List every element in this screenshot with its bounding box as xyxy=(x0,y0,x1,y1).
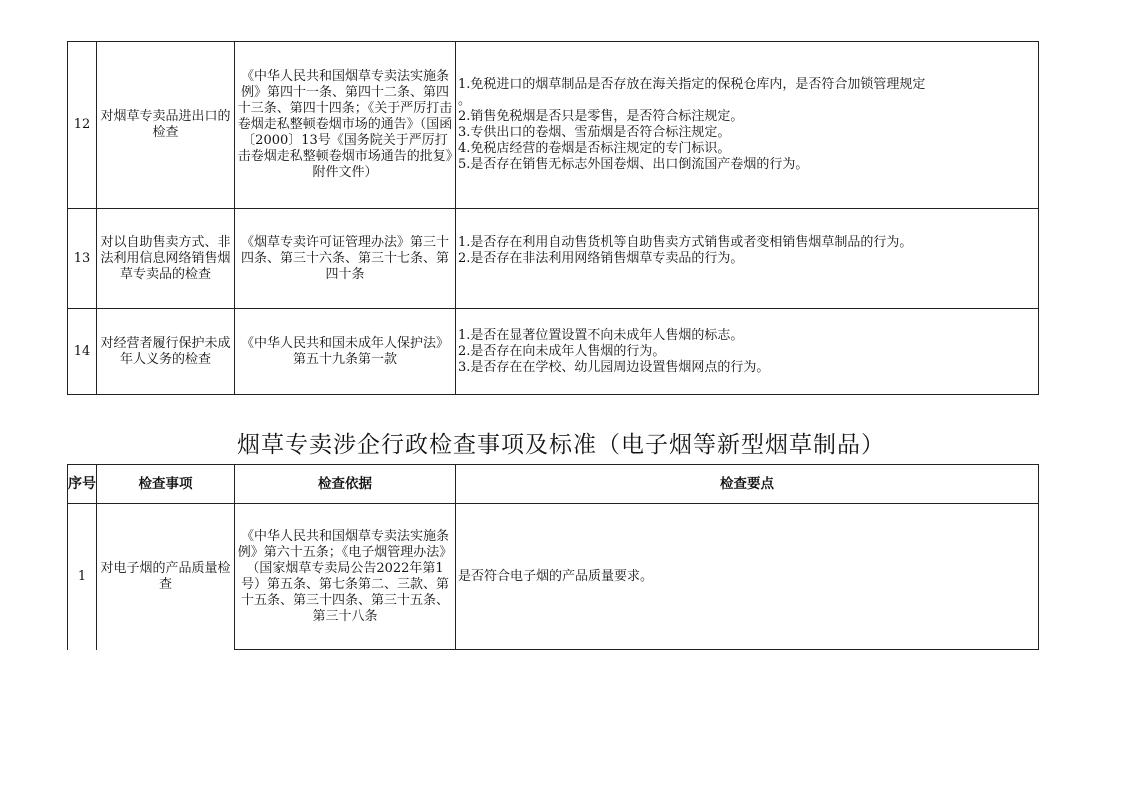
inspection-basis: 《中华人民共和国烟草专卖法实施条例》第四十一条、第四十二条、第四十三条、第四十四… xyxy=(235,42,456,209)
point-item: 3.是否存在在学校、幼儿园周边设置售烟网点的行为。 xyxy=(458,360,1036,376)
point-item: 1.是否在显著位置设置不向未成年人售烟的标志。 xyxy=(458,328,1036,344)
point-item: 3.专供出口的卷烟、雪茄烟是否符合标注规定。 xyxy=(458,125,1036,141)
inspection-table-ecig: 序号 检查事项 检查依据 检查要点 1 对电子烟的产品质量检查 《中华人民共和国… xyxy=(67,464,1039,650)
points-list: 1.是否在显著位置设置不向未成年人售烟的标志。 2.是否存在向未成年人售烟的行为… xyxy=(458,328,1036,376)
section-title: 烟草专卖涉企行政检查事项及标准（电子烟等新型烟草制品） xyxy=(0,430,1122,460)
table-row: 13 对以自助售卖方式、非法利用信息网络销售烟草专卖品的检查 《烟草专卖许可证管… xyxy=(68,209,1039,309)
row-number: 14 xyxy=(68,309,97,395)
point-item xyxy=(458,267,1036,283)
table-header-row: 序号 检查事项 检查依据 检查要点 xyxy=(68,465,1039,504)
header-number: 序号 xyxy=(68,465,97,504)
point-item: 5.是否存在销售无标志外国卷烟、出口倒流国产卷烟的行为。 xyxy=(458,157,1036,173)
row-number: 1 xyxy=(68,504,97,650)
inspection-points: 1.是否在显著位置设置不向未成年人售烟的标志。 2.是否存在向未成年人售烟的行为… xyxy=(456,309,1039,395)
inspection-points: 1.免税进口的烟草制品是否存放在海关指定的保税仓库内，是否符合加锁管理规定 。 … xyxy=(456,42,1039,209)
header-item: 检查事项 xyxy=(97,465,235,504)
inspection-item: 对经营者履行保护未成年人义务的检查 xyxy=(97,309,235,395)
header-points: 检查要点 xyxy=(456,465,1039,504)
point-item: 2.是否存在非法利用网络销售烟草专卖品的行为。 xyxy=(458,251,1036,267)
table-row: 14 对经营者履行保护未成年人义务的检查 《中华人民共和国未成年人保护法》第五十… xyxy=(68,309,1039,395)
inspection-points: 1.是否存在利用自动售货机等自助售卖方式销售或者变相销售烟草制品的行为。 2.是… xyxy=(456,209,1039,309)
points-list: 是否符合电子烟的产品质量要求。 xyxy=(458,569,1036,585)
inspection-item: 对电子烟的产品质量检查 xyxy=(97,504,235,650)
point-item: 是否符合电子烟的产品质量要求。 xyxy=(458,569,1036,585)
points-list: 1.是否存在利用自动售货机等自助售卖方式销售或者变相销售烟草制品的行为。 2.是… xyxy=(458,235,1036,283)
inspection-table-traditional: 12 对烟草专卖品进出口的检查 《中华人民共和国烟草专卖法实施条例》第四十一条、… xyxy=(67,41,1039,395)
point-item: 。 xyxy=(458,93,1036,109)
inspection-points: 是否符合电子烟的产品质量要求。 xyxy=(456,504,1039,650)
point-item: 4.免税店经营的卷烟是否标注规定的专门标识。 xyxy=(458,141,1036,157)
point-item: 2.销售免税烟是否只是零售，是否符合标注规定。 xyxy=(458,109,1036,125)
inspection-basis: 《烟草专卖许可证管理办法》第三十四条、第三十六条、第三十七条、第四十条 xyxy=(235,209,456,309)
table-row: 1 对电子烟的产品质量检查 《中华人民共和国烟草专卖法实施条例》第六十五条；《电… xyxy=(68,504,1039,650)
point-item: 1.是否存在利用自动售货机等自助售卖方式销售或者变相销售烟草制品的行为。 xyxy=(458,235,1036,251)
row-number: 13 xyxy=(68,209,97,309)
point-item: 1.免税进口的烟草制品是否存放在海关指定的保税仓库内，是否符合加锁管理规定 xyxy=(458,77,1036,93)
inspection-item: 对以自助售卖方式、非法利用信息网络销售烟草专卖品的检查 xyxy=(97,209,235,309)
header-basis: 检查依据 xyxy=(235,465,456,504)
inspection-basis: 《中华人民共和国未成年人保护法》第五十九条第一款 xyxy=(235,309,456,395)
points-list: 1.免税进口的烟草制品是否存放在海关指定的保税仓库内，是否符合加锁管理规定 。 … xyxy=(458,77,1036,173)
inspection-basis: 《中华人民共和国烟草专卖法实施条例》第六十五条；《电子烟管理办法》（国家烟草专卖… xyxy=(235,504,456,650)
inspection-item: 对烟草专卖品进出口的检查 xyxy=(97,42,235,209)
point-item: 2.是否存在向未成年人售烟的行为。 xyxy=(458,344,1036,360)
row-number: 12 xyxy=(68,42,97,209)
table-row: 12 对烟草专卖品进出口的检查 《中华人民共和国烟草专卖法实施条例》第四十一条、… xyxy=(68,42,1039,209)
